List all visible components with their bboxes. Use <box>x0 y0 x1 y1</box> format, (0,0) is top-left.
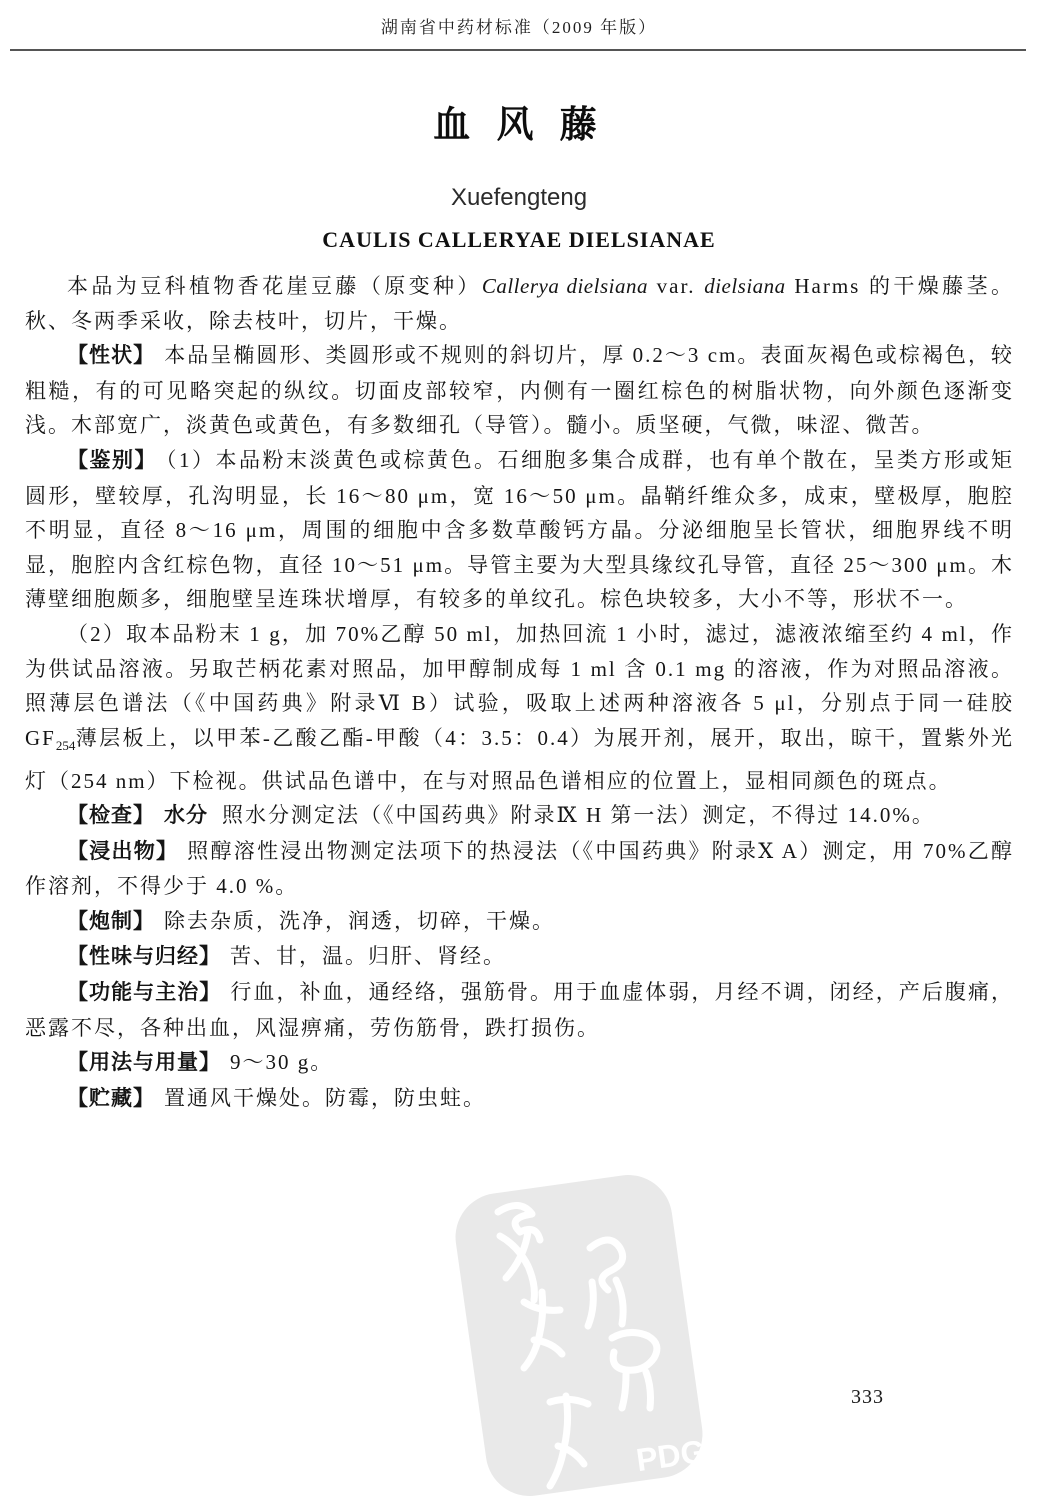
paragraph-dosage: 【用法与用量】9～30 g。 <box>25 1045 1014 1081</box>
paragraph-identification-2: （2）取本品粉末 1 g，加 70%乙醇 50 ml，加热回流 1 小时，滤过，… <box>25 617 1014 798</box>
title-latin: CAULIS CALLERYAE DIELSIANAE <box>0 227 1038 253</box>
monograph-body: 本品为豆科植物香花崖豆藤（原变种）Callerya dielsiana var.… <box>25 269 1014 1116</box>
section-label-xingzhuang: 【性状】 <box>67 344 155 367</box>
section-text-jianbie-2-post: 薄层板上，以甲苯-乙酸乙酯-甲酸（4：3.5：0.4）为展开剂，展开，取出，晾干… <box>25 726 1014 793</box>
paragraph-functions: 【功能与主治】行血，补血，通经络，强筋骨。用于血虚体弱，月经不调，闭经，产后腹痛… <box>25 975 1014 1045</box>
title-pinyin: Xuefengteng <box>0 184 1038 212</box>
section-text-xingzhuang: 本品呈椭圆形、类圆形或不规则的斜切片，厚 0.2～3 cm。表面灰褐色或棕褐色，… <box>25 343 1014 437</box>
section-text-jiancha: 照水分测定法（《中国药典》附录Ⅸ H 第一法）测定，不得过 14.0%。 <box>222 803 935 827</box>
section-label-jiancha: 【检查】 <box>67 804 155 827</box>
paragraph-check: 【检查】水分照水分测定法（《中国药典》附录Ⅸ H 第一法）测定，不得过 14.0… <box>25 798 1014 834</box>
source-var: var. <box>648 274 704 298</box>
section-text-jianbie-1: （1）本品粉末淡黄色或棕黄色。石细胞多集合成群，也有单个散在，呈类方形或矩圆形，… <box>25 448 1014 611</box>
silica-gel-subscript: 254 <box>56 738 76 753</box>
paragraph-processing: 【炮制】除去杂质，洗净，润透，切碎，干燥。 <box>25 904 1014 940</box>
page-number: 333 <box>851 1386 884 1409</box>
title-chinese: 血 风 藤 <box>0 94 1038 148</box>
scanned-document-page: { "page": { "header": "湖南省中药材标准（2009 年版）… <box>0 0 1038 1505</box>
section-label-gongneng: 【功能与主治】 <box>67 981 221 1004</box>
section-text-paozhi: 除去杂质，洗净，润透，切碎，干燥。 <box>164 909 555 933</box>
section-label-paozhi: 【炮制】 <box>67 910 155 933</box>
paragraph-extractives: 【浸出物】照醇溶性浸出物测定法项下的热浸法（《中国药典》附录Ⅹ A）测定，用 7… <box>25 834 1014 904</box>
paragraph-property-meridian: 【性味与归经】苦、甘，温。归肝、肾经。 <box>25 939 1014 975</box>
section-text-yongfa: 9～30 g。 <box>230 1050 333 1074</box>
source-variety-italic: dielsiana <box>704 274 786 298</box>
section-label-zhucang: 【贮藏】 <box>67 1087 155 1110</box>
paragraph-description: 【性状】本品呈椭圆形、类圆形或不规则的斜切片，厚 0.2～3 cm。表面灰褐色或… <box>25 338 1014 443</box>
paragraph-storage: 【贮藏】置通风干燥处。防霉，防虫蛀。 <box>25 1081 1014 1117</box>
page-header: 湖南省中药材标准（2009 年版） <box>0 13 1038 38</box>
check-item-label: 水分 <box>164 804 208 827</box>
section-text-xingwei: 苦、甘，温。归肝、肾经。 <box>230 944 506 968</box>
paragraph-source: 本品为豆科植物香花崖豆藤（原变种）Callerya dielsiana var.… <box>25 269 1014 338</box>
paragraph-identification-1: 【鉴别】（1）本品粉末淡黄色或棕黄色。石细胞多集合成群，也有单个散在，呈类方形或… <box>25 443 1014 617</box>
section-label-yongfa: 【用法与用量】 <box>67 1051 221 1074</box>
source-text-pre: 本品为豆科植物香花崖豆藤（原变种） <box>67 274 482 298</box>
section-label-xingwei: 【性味与归经】 <box>67 945 221 968</box>
section-text-zhucang: 置通风干燥处。防霉，防虫蛀。 <box>164 1086 486 1110</box>
source-species-italic: Callerya dielsiana <box>482 274 648 298</box>
section-label-jianbie: 【鉴别】 <box>67 449 157 472</box>
pdg-watermark-stamp <box>450 1169 708 1501</box>
section-label-jinchuwu: 【浸出物】 <box>67 840 178 863</box>
header-rule <box>10 49 1026 51</box>
